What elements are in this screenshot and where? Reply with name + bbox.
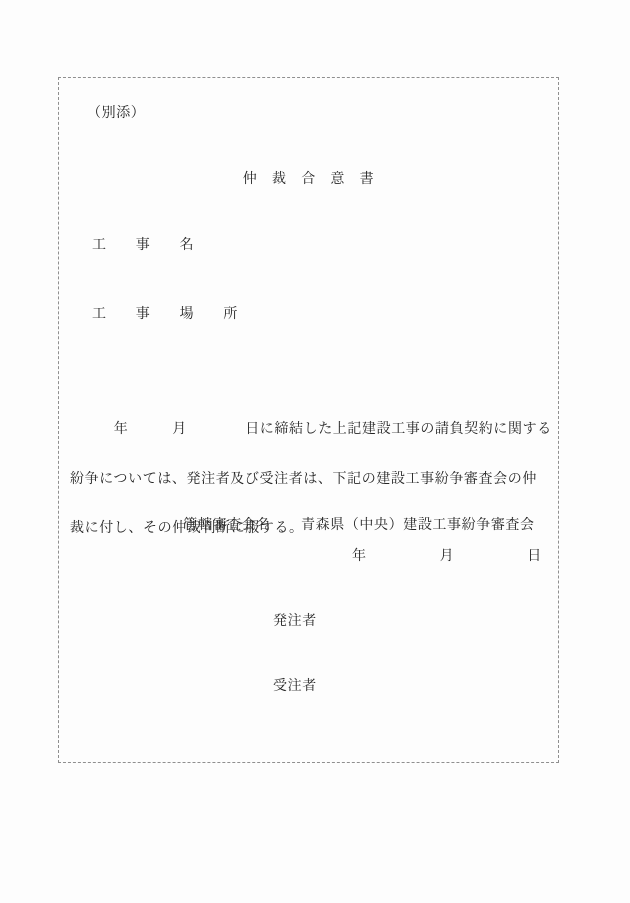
agreement-body-line-1: 年 月 日に締結した上記建設工事の請負契約に関する [70, 419, 552, 441]
date-line: 年 月 日 [352, 550, 542, 564]
jurisdiction-line: 管轄審査会名青森県（中央）建設工事紛争審査会 [167, 505, 535, 547]
jurisdiction-label: 管轄審査会名 [183, 518, 271, 533]
attachment-note: （別添） [87, 107, 145, 121]
construction-name-label: 工 事 名 [92, 239, 194, 253]
document-sheet: （別添） 仲 裁 合 意 書 工 事 名 工 事 場 所 年 月 日に締結した上… [0, 0, 630, 903]
contractor-label: 受注者 [273, 680, 317, 694]
orderer-label: 発注者 [273, 615, 317, 629]
jurisdiction-value: 青森県（中央）建設工事紛争審査会 [301, 518, 535, 533]
document-title: 仲 裁 合 意 書 [58, 173, 559, 187]
agreement-body-line-2: 紛争については、発注者及び受注者は、下記の建設工事紛争審査会の仲 [70, 469, 552, 491]
construction-site-label: 工 事 場 所 [92, 308, 238, 322]
